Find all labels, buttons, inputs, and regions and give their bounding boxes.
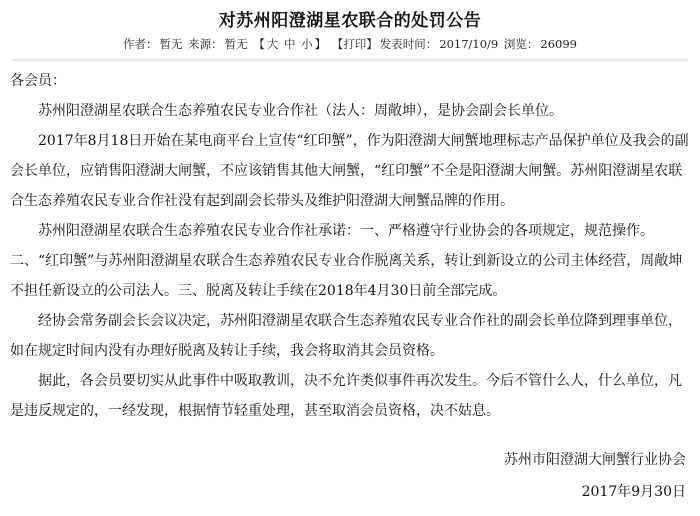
font-size-small-link[interactable]: 小 (301, 37, 313, 51)
font-size-bracket-open: 【 (253, 37, 265, 51)
views-label: 浏览： (504, 37, 539, 51)
print-link[interactable]: 【打印】 (332, 37, 378, 51)
font-size-bracket-close: 】 (315, 37, 327, 51)
source-label: 来源： (188, 37, 223, 51)
author-label: 作者： (123, 37, 158, 51)
signature-date: 2017年9月30日 (582, 481, 686, 501)
published-label: 发表时间： (380, 37, 438, 51)
article-title: 对苏州阳澄湖星农联合的处罚公告 (0, 6, 700, 31)
author-value: 暂无 (160, 37, 183, 51)
font-size-medium-link[interactable]: 中 (284, 37, 296, 51)
published-date: 2017/10/9 (439, 37, 498, 51)
paragraph: 苏州阳澄湖星农联合生态养殖农民专业合作社承诺：一、严格遵守行业协会的各项规定，规… (10, 216, 690, 306)
paragraph: 苏州阳澄湖星农联合生态养殖农民专业合作社（法人：周敞坤），是协会副会长单位。 (10, 96, 690, 126)
font-size-large-link[interactable]: 大 (267, 37, 279, 51)
paragraph: 经协会常务副会长会议决定，苏州阳澄湖星农联合生态养殖农民专业合作社的副会长单位降… (10, 306, 690, 366)
article-body: 各会员： 苏州阳澄湖星农联合生态养殖农民专业合作社（法人：周敞坤），是协会副会长… (10, 66, 690, 426)
paragraph: 据此，各会员要切实从此事件中吸取教训，决不允许类似事件再次发生。今后不管什么人，… (10, 366, 690, 426)
salutation: 各会员： (10, 66, 690, 96)
divider (12, 59, 688, 61)
paragraph: 2017年8月18日开始在某电商平台上宣传“红印蟹”，作为阳澄湖大闸蟹地理标志产… (10, 126, 690, 216)
signature-organization: 苏州市阳澄湖大闸蟹行业协会 (504, 449, 686, 469)
article-meta: 作者：暂无 来源：暂无 【大 中 小】 【打印】发表时间：2017/10/9 浏… (0, 36, 700, 52)
views-count: 26099 (540, 37, 577, 51)
source-value: 暂无 (225, 37, 248, 51)
